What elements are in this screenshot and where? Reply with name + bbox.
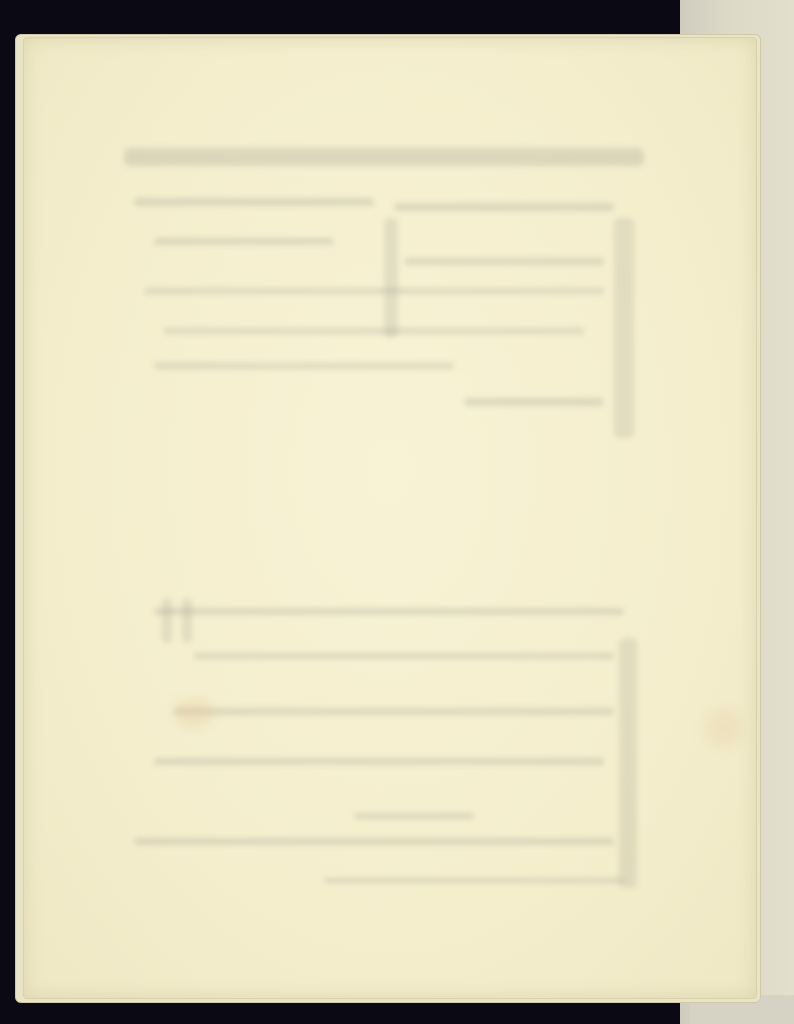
paper-stain <box>174 698 214 728</box>
paper-stain <box>704 708 744 748</box>
scanned-page <box>24 38 756 998</box>
